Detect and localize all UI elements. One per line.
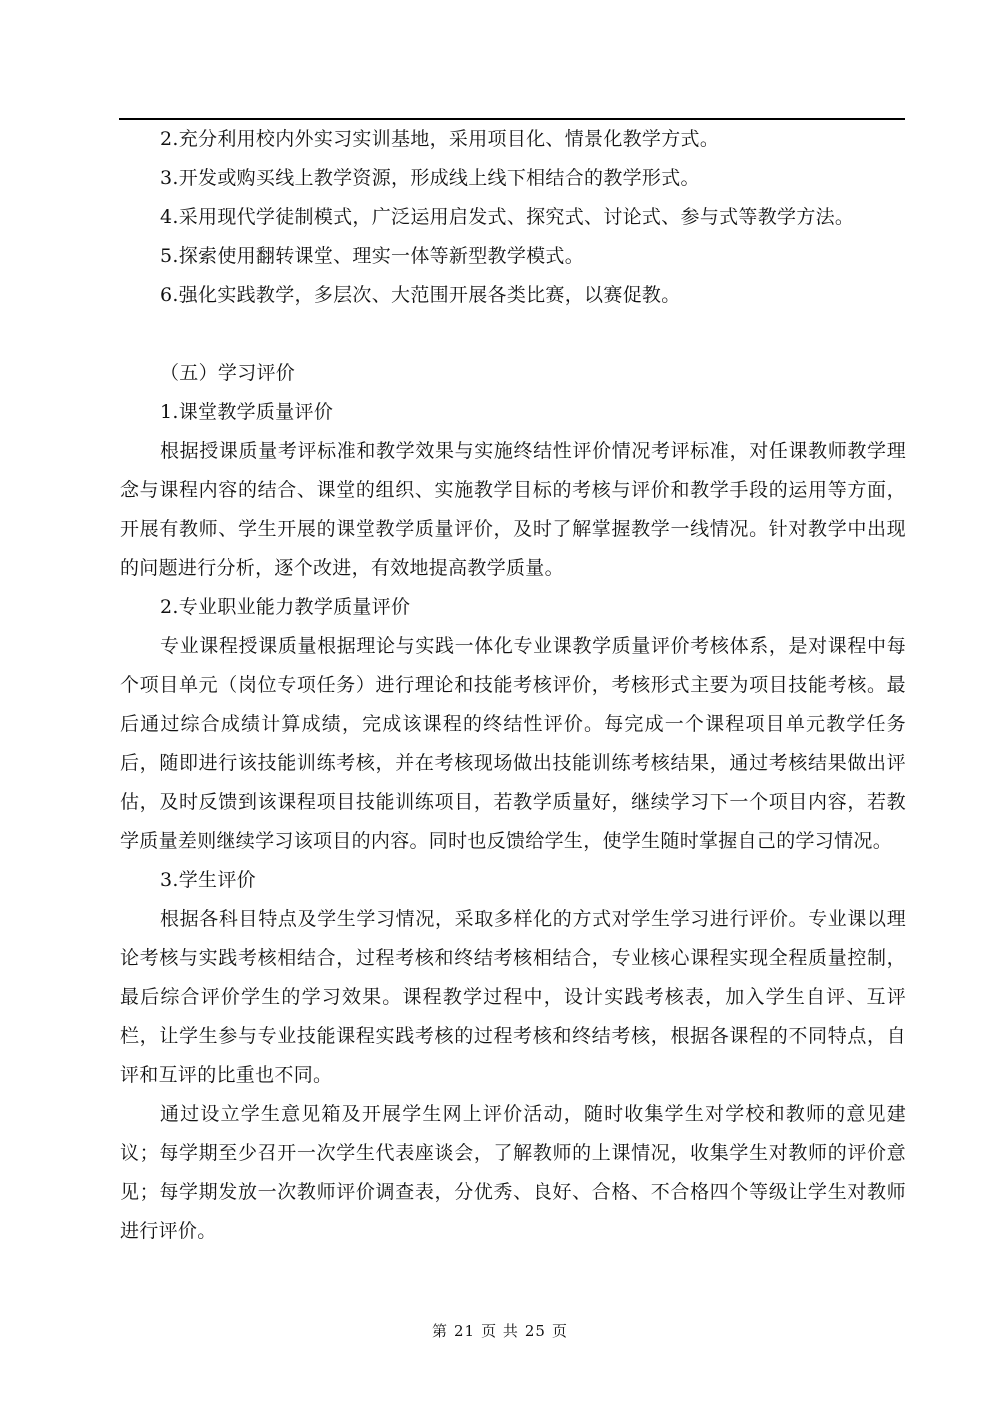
page-footer: 第21页 共25页 [0, 1320, 1000, 1341]
list-item: 3.开发或购买线上教学资源，形成线上线下相结合的教学形式。 [120, 159, 906, 198]
subsection-heading: 1.课堂教学质量评价 [120, 393, 906, 432]
document-body: 2.充分利用校内外实习实训基地，采用项目化、情景化教学方式。 3.开发或购买线上… [120, 120, 906, 1251]
paragraph: 通过设立学生意见箱及开展学生网上评价活动，随时收集学生对学校和教师的意见建议；每… [120, 1095, 906, 1251]
paragraph: 根据各科目特点及学生学习情况，采取多样化的方式对学生学习进行评价。专业课以理论考… [120, 900, 906, 1095]
subsection-heading: 2.专业职业能力教学质量评价 [120, 588, 906, 627]
list-item: 5.探索使用翻转课堂、理实一体等新型教学模式。 [120, 237, 906, 276]
footer-middle: 页 共 [481, 1322, 519, 1340]
paragraph: 专业课程授课质量根据理论与实践一体化专业课教学质量评价考核体系，是对课程中每个项… [120, 627, 906, 861]
section-spacer [120, 315, 906, 354]
current-page-number: 21 [454, 1322, 475, 1340]
paragraph: 根据授课质量考评标准和教学效果与实施终结性评价情况考评标准，对任课教师教学理念与… [120, 432, 906, 588]
list-item: 4.采用现代学徒制模式，广泛运用启发式、探究式、讨论式、参与式等教学方法。 [120, 198, 906, 237]
section-title: （五）学习评价 [120, 354, 906, 393]
footer-suffix: 页 [552, 1322, 568, 1340]
list-item: 6.强化实践教学，多层次、大范围开展各类比赛，以赛促教。 [120, 276, 906, 315]
subsection-heading: 3.学生评价 [120, 861, 906, 900]
total-pages-number: 25 [525, 1322, 546, 1340]
footer-prefix: 第 [432, 1322, 448, 1340]
list-item: 2.充分利用校内外实习实训基地，采用项目化、情景化教学方式。 [120, 120, 906, 159]
